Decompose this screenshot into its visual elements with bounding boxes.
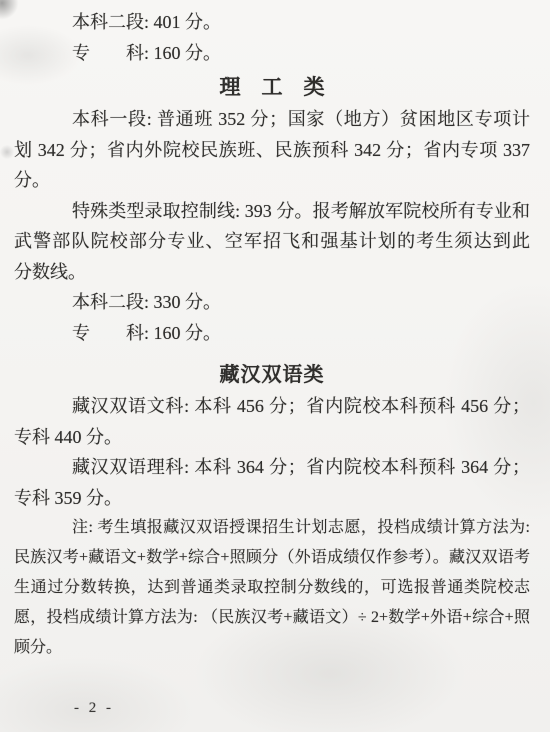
paragraph-benke-yiduan-line2: 划 342 分；省内外院校民族班、民族预科 342 分；省内专项 337 — [14, 135, 530, 166]
scanned-document-page: 本科二段: 401 分。 专 科: 160 分。 理 工 类 本科一段: 普通班… — [0, 0, 550, 732]
paragraph-special-type-line3: 分数线。 — [14, 257, 530, 288]
note-paragraph-line4: 愿，投档成绩计算方法为: （民族汉考+藏语文）÷ 2+数学+外语+综合+照 — [14, 603, 530, 633]
section-heading-science-engineering: 理 工 类 — [14, 72, 530, 104]
paragraph-bilingual-science-line1: 藏汉双语理科: 本科 364 分；省内院校本科预科 364 分； — [14, 452, 530, 483]
paragraph-benke-yiduan-line1: 本科一段: 普通班 352 分；国家（地方）贫困地区专项计 — [14, 104, 530, 135]
note-paragraph-line1: 注: 考生填报藏汉双语授课招生计划志愿，投档成绩计算方法为: — [14, 513, 530, 543]
score-line-zhuanke-160: 专 科: 160 分。 — [14, 38, 530, 69]
score-line-zhuanke-160-2: 专 科: 160 分。 — [14, 318, 530, 349]
paragraph-bilingual-science-line2: 专科 359 分。 — [14, 483, 530, 514]
paragraph-bilingual-liberal-arts-line2: 专科 440 分。 — [14, 422, 530, 453]
paragraph-benke-yiduan-line3: 分。 — [14, 165, 530, 196]
paragraph-special-type-line1: 特殊类型录取控制线: 393 分。报考解放军院校所有专业和 — [14, 196, 530, 227]
page-number: - 2 - — [74, 700, 114, 717]
document-body: 本科二段: 401 分。 专 科: 160 分。 理 工 类 本科一段: 普通班… — [14, 7, 530, 663]
note-paragraph-line3: 生通过分数转换，达到普通类录取控制分数线的，可选报普通类院校志 — [14, 573, 530, 603]
paragraph-special-type-line2: 武警部队院校部分专业、空军招飞和强基计划的考生须达到此 — [14, 226, 530, 257]
score-line-benke-erduan-401: 本科二段: 401 分。 — [14, 7, 530, 38]
note-paragraph-line5: 顾分。 — [14, 633, 530, 663]
score-line-benke-erduan-330: 本科二段: 330 分。 — [14, 287, 530, 318]
section-heading-tibetan-chinese-bilingual: 藏汉双语类 — [14, 359, 530, 391]
note-paragraph-line2: 民族汉考+藏语文+数学+综合+照顾分（外语成绩仅作参考）。藏汉双语考 — [14, 543, 530, 573]
paragraph-bilingual-liberal-arts-line1: 藏汉双语文科: 本科 456 分；省内院校本科预科 456 分； — [14, 391, 530, 422]
